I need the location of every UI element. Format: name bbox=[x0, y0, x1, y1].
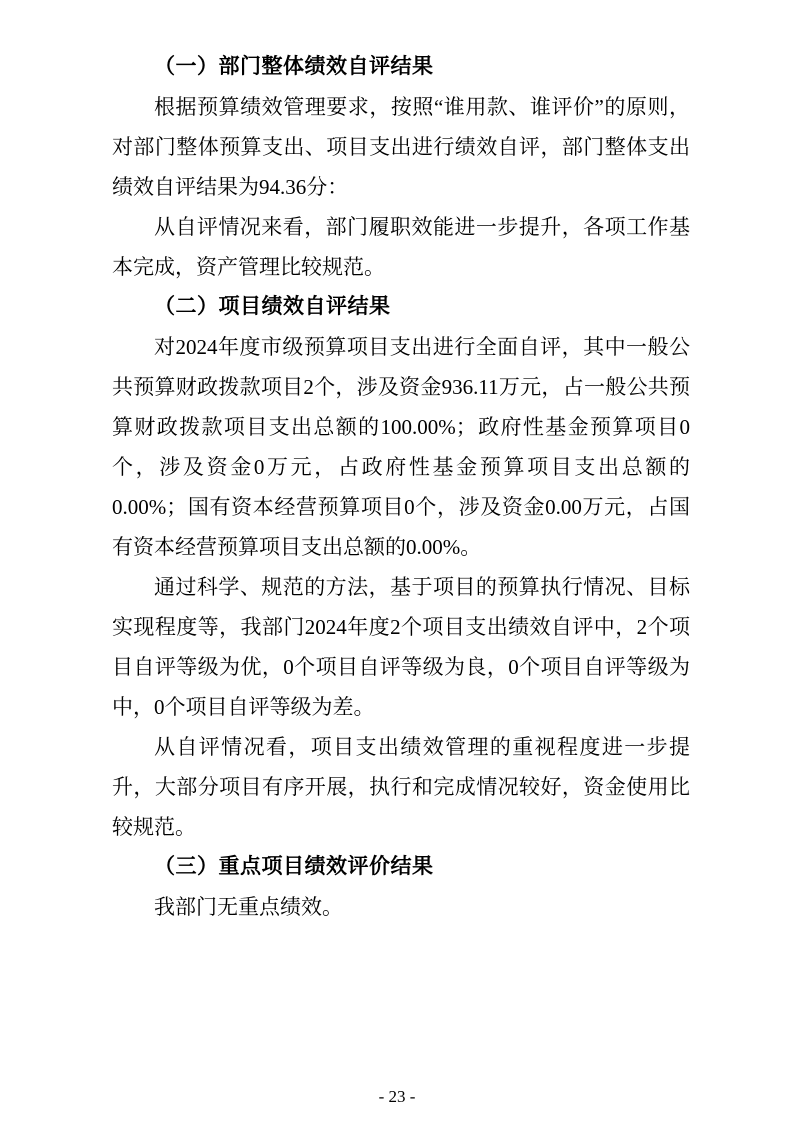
paragraph: 通过科学、规范的方法，基于项目的预算执行情况、目标实现程度等，我部门2024年度… bbox=[112, 567, 690, 727]
paragraph: 从自评情况来看，部门履职效能进一步提升，各项工作基本完成，资产管理比较规范。 bbox=[112, 207, 690, 287]
document-page: （一）部门整体绩效自评结果 根据预算绩效管理要求，按照“谁用款、谁评价”的原则，… bbox=[0, 0, 794, 1123]
section-heading-overall-self-evaluation: （一）部门整体绩效自评结果 bbox=[112, 47, 690, 87]
document-content: （一）部门整体绩效自评结果 根据预算绩效管理要求，按照“谁用款、谁评价”的原则，… bbox=[112, 47, 690, 927]
section-heading-key-project-evaluation: （三）重点项目绩效评价结果 bbox=[112, 847, 690, 887]
paragraph: 根据预算绩效管理要求，按照“谁用款、谁评价”的原则，对部门整体预算支出、项目支出… bbox=[112, 87, 690, 207]
paragraph: 对2024年度市级预算项目支出进行全面自评，其中一般公共预算财政拨款项目2个，涉… bbox=[112, 327, 690, 567]
paragraph: 从自评情况看，项目支出绩效管理的重视程度进一步提升，大部分项目有序开展，执行和完… bbox=[112, 727, 690, 847]
paragraph: 我部门无重点绩效。 bbox=[112, 887, 690, 927]
section-heading-project-self-evaluation: （二）项目绩效自评结果 bbox=[112, 287, 690, 327]
page-number: - 23 - bbox=[0, 1086, 794, 1108]
